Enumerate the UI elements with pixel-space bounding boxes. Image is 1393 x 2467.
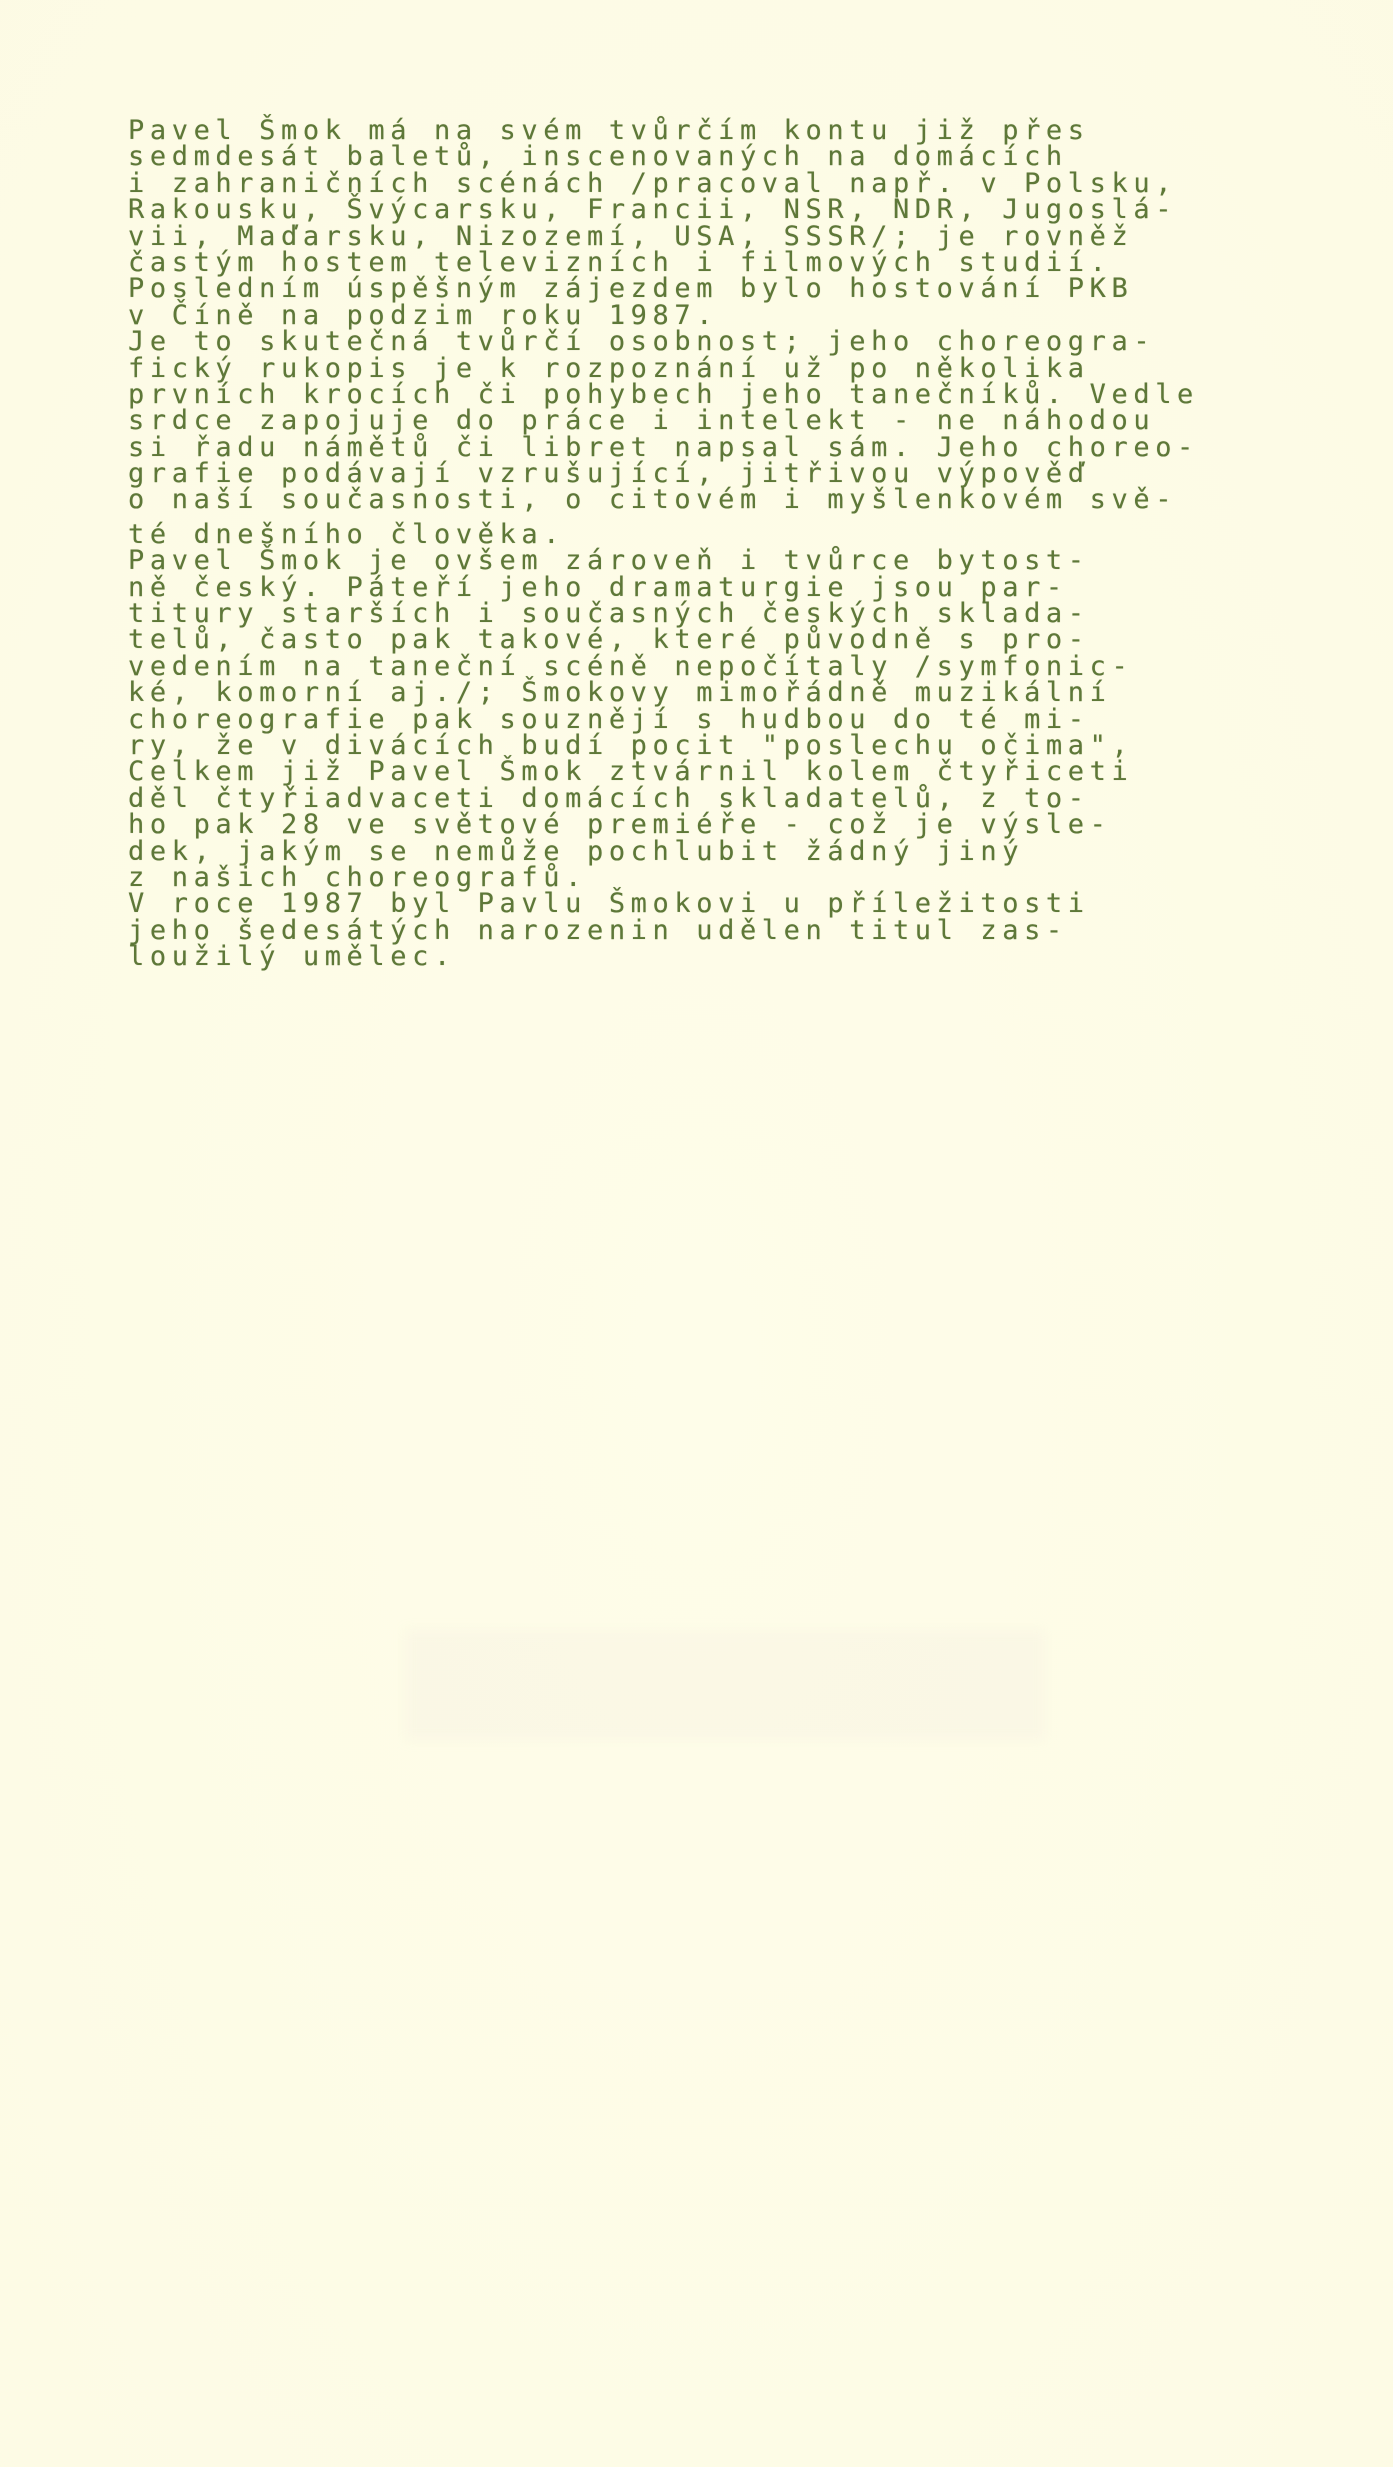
text-line: srdce zapojuje do práce i intelekt - ne … [128, 408, 1308, 434]
text-line: o naší současnosti, o citovém i myšlenko… [128, 487, 1308, 513]
text-line: loužilý umělec. [128, 944, 1308, 970]
text-line: Rakousku, Švýcarsku, Francii, NSR, NDR, … [128, 197, 1308, 223]
text-line: ké, komorní aj./; Šmokovy mimořádně muzi… [128, 680, 1308, 706]
text-line: sedmdesát baletů, inscenovaných na domác… [128, 144, 1308, 170]
paragraph-start-line: Je to skutečná tvůrčí osobnost; jeho cho… [128, 329, 1308, 355]
text-line: vii, Maďarsku, Nizozemí, USA, SSSR/; je … [128, 224, 1308, 250]
text-line: dek, jakým se nemůže pochlubit žádný jin… [128, 839, 1308, 865]
text-line: ho pak 28 ve světové premiéře - což je v… [128, 812, 1308, 838]
paragraph-start-line: Pavel Šmok je ovšem zároveň i tvůrce byt… [128, 548, 1308, 574]
biography-text: Pavel Šmok má na svém tvůrčím kontu již … [128, 118, 1308, 971]
text-line: fický rukopis je k rozpoznání už po něko… [128, 356, 1308, 382]
text-line: telů, často pak takové, které původně s … [128, 627, 1308, 653]
typewritten-page: Pavel Šmok má na svém tvůrčím kontu již … [0, 0, 1393, 2467]
paragraph-start-line: V roce 1987 byl Pavlu Šmokovi u příležit… [128, 891, 1308, 917]
paper-bleed-through [405, 1630, 1045, 1740]
text-line: Celkem již Pavel Šmok ztvárnil kolem čty… [128, 759, 1308, 785]
text-line: Posledním úspěšným zájezdem bylo hostová… [128, 276, 1308, 302]
